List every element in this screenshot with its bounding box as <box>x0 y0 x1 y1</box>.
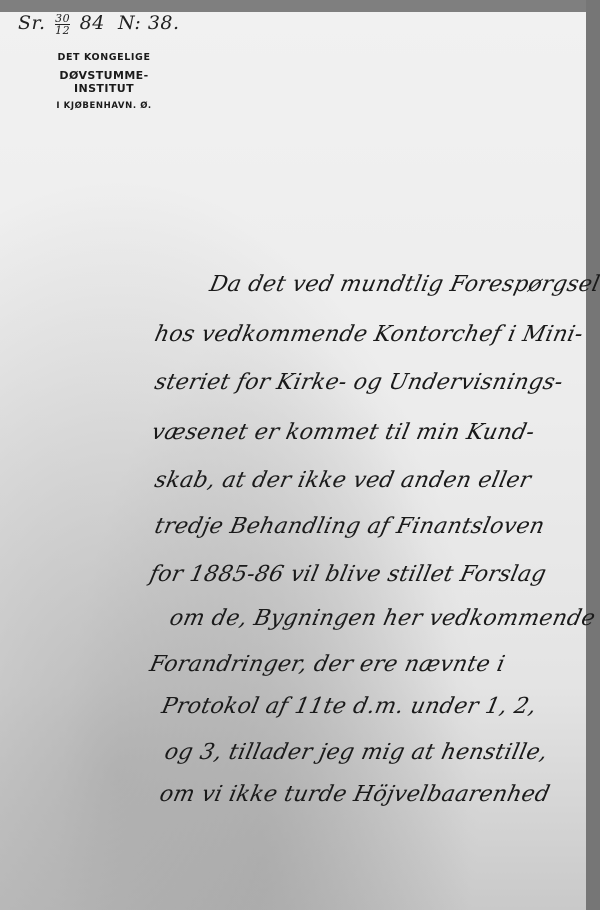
handwritten-line: steriet for Kirke- og Undervisnings- <box>152 370 565 395</box>
handwritten-line: Forandringer, der ere nævnte i <box>147 652 507 677</box>
handwritten-line: Protokol af 11te d.m. under 1, 2, <box>159 694 538 719</box>
handwritten-line: og 3, tillader jeg mig at henstille, <box>162 740 550 765</box>
handwritten-line: hos vedkommende Kontorchef i Mini- <box>152 322 585 347</box>
handwritten-line: væsenet er kommet til min Kund- <box>149 420 537 445</box>
handwritten-line: om vi ikke turde Höjvelbaarenhed <box>157 782 552 807</box>
handwritten-line: Da det ved mundtlig Forespørgsel <box>207 272 600 297</box>
handwritten-line: tredje Behandling af Finantsloven <box>152 514 547 539</box>
handwritten-line: om de, Bygningen her vedkommende <box>167 606 597 631</box>
handwritten-line: for 1885-86 vil blive stillet Forslag <box>147 562 548 587</box>
scan-border-right <box>586 0 600 910</box>
handwritten-letter-body: Da det ved mundtlig Forespørgsel hos ved… <box>0 0 586 900</box>
handwritten-line: skab, at der ikke ved anden eller <box>152 468 533 493</box>
